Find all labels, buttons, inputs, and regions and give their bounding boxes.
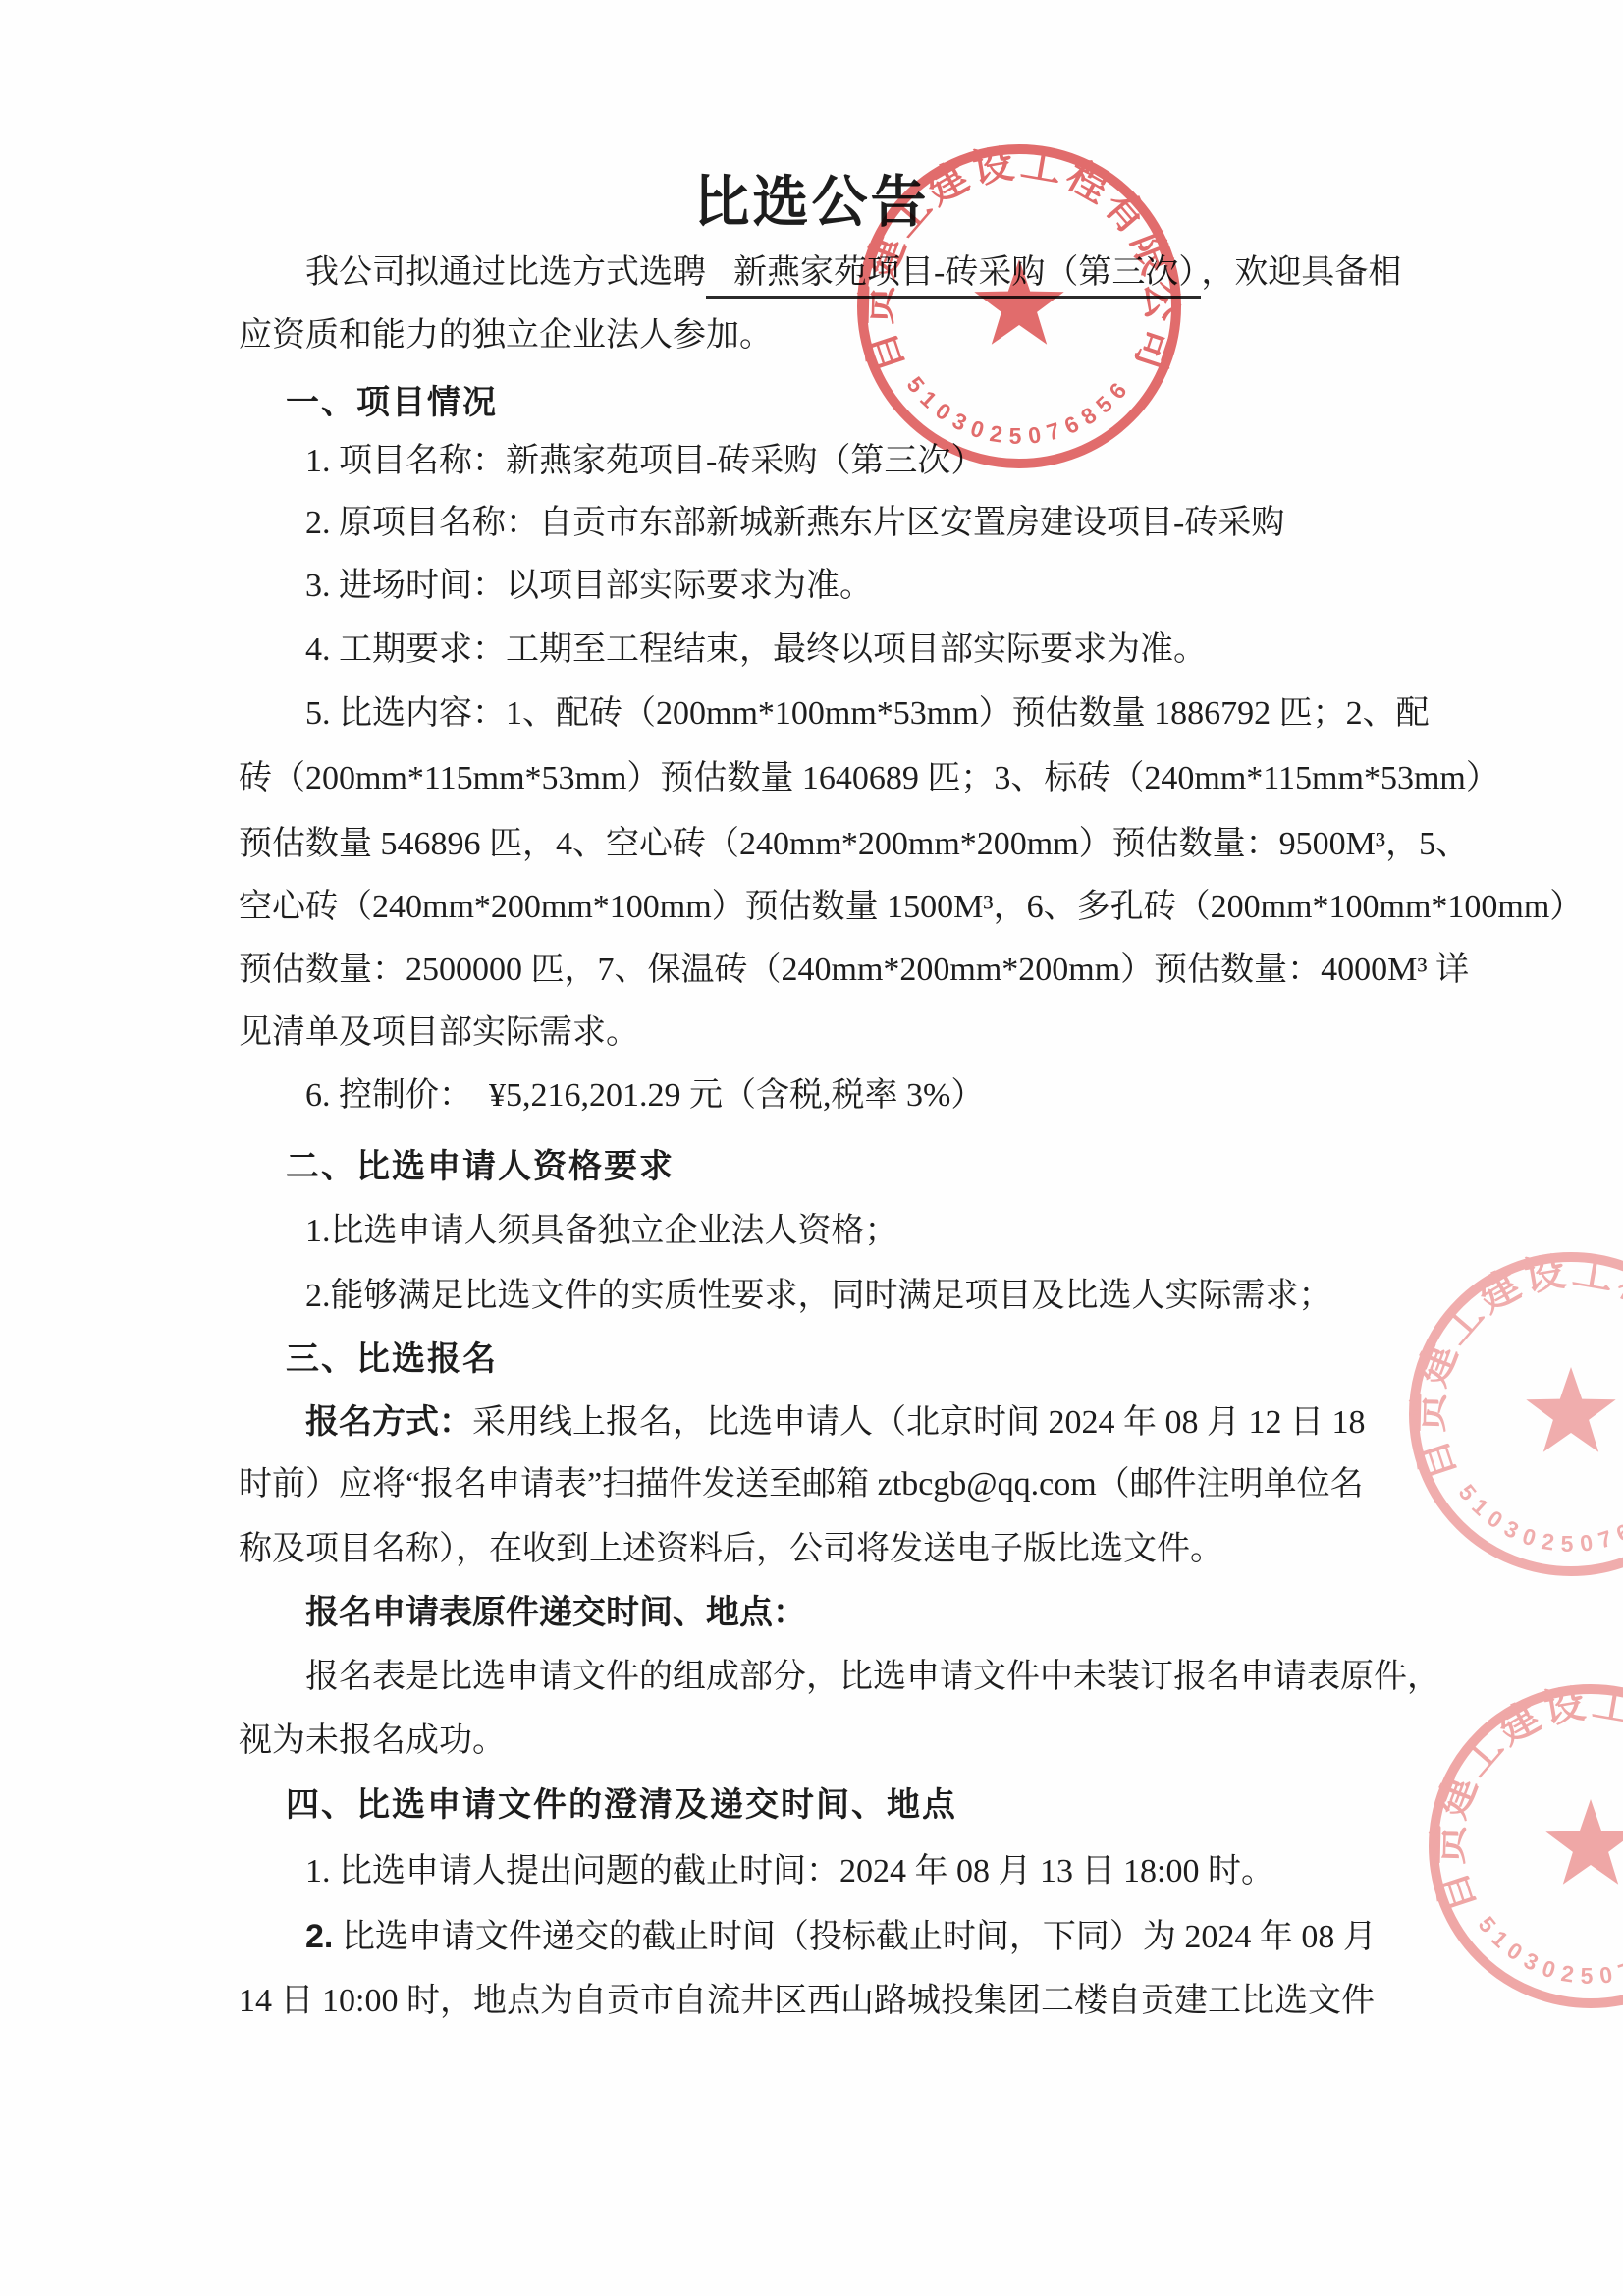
section3-p1-line3: 称及项目名称），在收到上述资料后，公司将发送电子版比选文件。	[239, 1530, 1223, 1570]
section1-item5-line2: 砖（200mm*115mm*53mm）预估数量 1640689 匹；3、标砖（2…	[239, 759, 1499, 799]
intro-tail-text: ，欢迎具备相	[1201, 254, 1401, 291]
section1-item1: 1. 项目名称：新燕家苑项目-砖采购（第三次）	[239, 442, 984, 482]
section1-item4: 4. 工期要求：工期至工程结束，最终以项目部实际要求为准。	[239, 630, 1207, 671]
section4-item1: 1. 比选申请人提出问题的截止时间：2024 年 08 月 13 日 18:00…	[239, 1852, 1274, 1892]
section1-item5-line5: 预估数量：2500000 匹，7、保温砖（240mm*200mm*200mm）预…	[239, 951, 1469, 991]
section1-heading: 一、项目情况	[239, 383, 498, 423]
seal-ring	[1414, 1257, 1623, 1571]
seal-code: 5103025076856	[1454, 1479, 1623, 1556]
intro-line-2: 应资质和能力的独立企业法人参加。	[239, 316, 773, 356]
section3-p1-text: 采用线上报名，比选申请人（北京时间 2024 年 08 月 12 日 18	[472, 1404, 1366, 1441]
page-title: 比选公告	[0, 157, 1623, 238]
section1-item5-line3: 预估数量 546896 匹，4、空心砖（240mm*200mm*200mm）预估…	[239, 825, 1469, 865]
section3-p2-bold-line: 报名申请表原件递交时间、地点：	[239, 1593, 806, 1633]
section3-heading: 三、比选报名	[239, 1339, 498, 1380]
company-seal-middle-right: 自贡建工建设工程有限公司 5103025076856	[1404, 1247, 1623, 1581]
section1-item5-line1: 5. 比选内容：1、配砖（200mm*100mm*53mm）预估数量 18867…	[239, 694, 1430, 735]
seal-code: 5103025076856	[1474, 1911, 1623, 1988]
seal-star-icon	[1545, 1799, 1623, 1885]
seal-company-name: 自贡建工建设工程有限公司	[1426, 1680, 1623, 1920]
seal-star-icon	[1526, 1367, 1615, 1452]
section4-heading: 四、比选申请文件的澄清及递交时间、地点	[239, 1785, 957, 1826]
section1-item3: 3. 进场时间：以项目部实际要求为准。	[239, 567, 873, 607]
section3-p1-line1: 报名方式：采用线上报名，比选申请人（北京时间 2024 年 08 月 12 日 …	[239, 1402, 1366, 1444]
intro-project-name-underlined: 新燕家苑项目-砖采购（第三次）	[706, 254, 1201, 299]
section1-item2: 2. 原项目名称：自贡市东部新城新燕东片区安置房建设项目-砖采购	[239, 504, 1284, 544]
section4-item2-text: 比选申请文件递交的截止时间（投标截止时间，下同）为 2024 年 08 月	[333, 1919, 1377, 1955]
section2-item1: 1.比选申请人须具备独立企业法人资格；	[239, 1212, 898, 1252]
seal-code: 5103025076856	[902, 371, 1137, 448]
section1-item5-line4: 空心砖（240mm*200mm*100mm）预估数量 1500M³，6、多孔砖（…	[239, 888, 1583, 928]
announcement-page: 比选公告 我公司拟通过比选方式选聘新燕家苑项目-砖采购（第三次），欢迎具备相 应…	[0, 0, 1623, 2296]
intro-line-1: 我公司拟通过比选方式选聘新燕家苑项目-砖采购（第三次），欢迎具备相	[239, 253, 1401, 294]
section4-item2-line1: 2. 比选申请文件递交的截止时间（投标截止时间，下同）为 2024 年 08 月	[239, 1917, 1377, 1958]
section1-item6: 6. 控制价： ¥5,216,201.29 元（含税,税率 3%）	[239, 1076, 984, 1117]
section3-p3-line2: 视为未报名成功。	[239, 1722, 506, 1762]
section4-item2-line2: 14 日 10:00 时，地点为自贡市自流井区西山路城投集团二楼自贡建工比选文件	[239, 1982, 1375, 2022]
section2-heading: 二、比选申请人资格要求	[239, 1147, 675, 1187]
seal-ring	[1434, 1689, 1623, 2003]
section2-item2: 2.能够满足比选文件的实质性要求，同时满足项目及比选人实际需求；	[239, 1277, 1332, 1317]
intro-lead-text: 我公司拟通过比选方式选聘	[305, 254, 706, 291]
section4-item2-number: 2.	[305, 1918, 333, 1955]
section3-p1-line2: 时前）应将“报名申请表”扫描件发送至邮箱 ztbcgb@qq.com（邮件注明单…	[239, 1465, 1364, 1505]
section1-item5-line6: 见清单及项目部实际需求。	[239, 1013, 639, 1054]
company-seal-bottom-right: 自贡建工建设工程有限公司 5103025076856	[1424, 1679, 1623, 2013]
seal-company-name: 自贡建工建设工程有限公司	[1406, 1248, 1623, 1488]
section3-p3-line1: 报名表是比选申请文件的组成部分，比选申请文件中未装订报名申请表原件，	[239, 1658, 1440, 1698]
section3-p1-bold-label: 报名方式：	[305, 1403, 472, 1441]
